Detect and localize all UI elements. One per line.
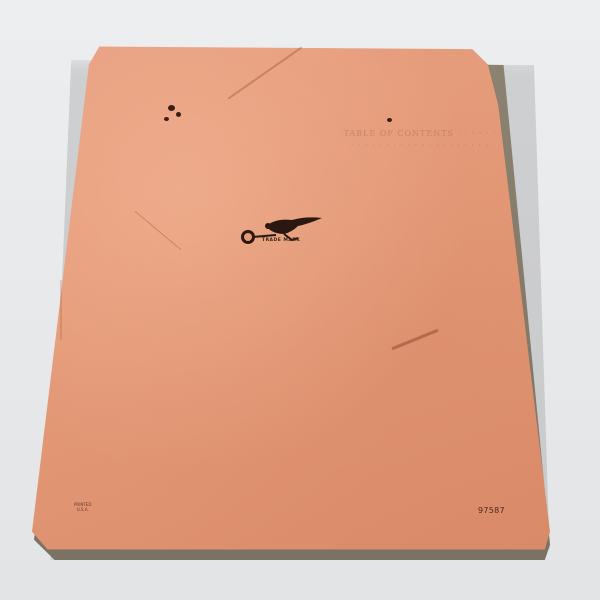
catalog-number: 97587 [478,506,505,515]
ink-stain [164,117,169,121]
printer-mark: PRINTED U.S.A. [74,502,91,512]
photo-scene: TABLE OF CONTENTS · · · · · · · · · · · … [0,0,600,600]
printer-mark-line2: U.S.A. [74,507,91,512]
trademark-logo: TRADE MARK [236,212,326,248]
trademark-label: TRADE MARK [262,238,300,243]
ink-stain [168,105,175,111]
book-back-cover [32,44,550,552]
ink-stain [176,112,181,117]
ghost-show-through-text: TABLE OF CONTENTS · · · · · · · · · · · … [340,128,500,152]
crease-mark [60,280,62,340]
ink-stain [387,118,392,122]
